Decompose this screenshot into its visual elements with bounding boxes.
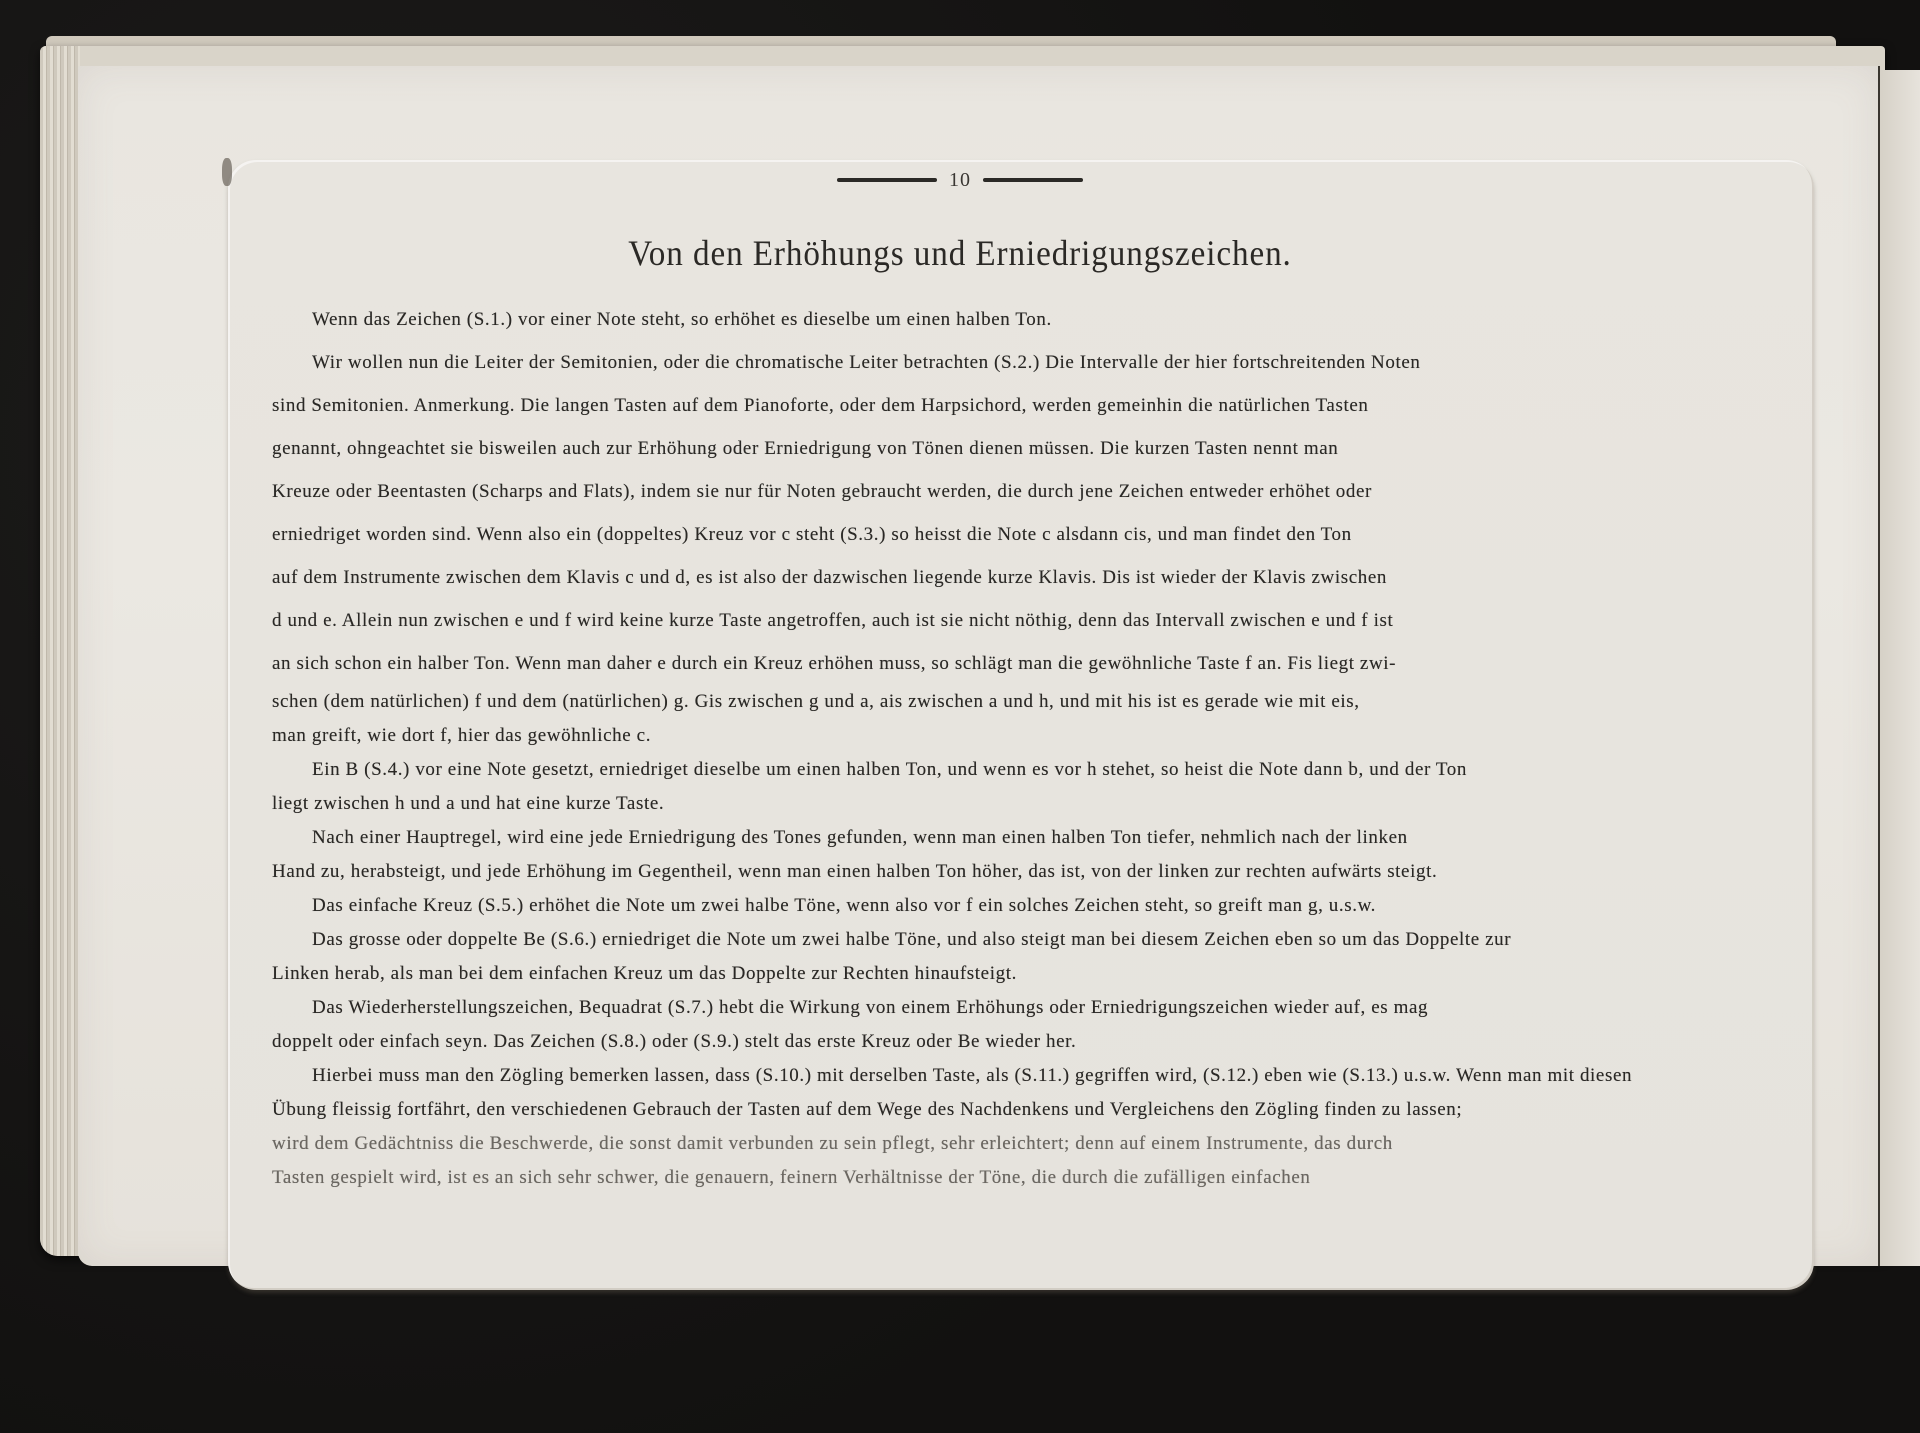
text-line: doppelt oder einfach seyn. Das Zeichen (… — [272, 1025, 1802, 1059]
text-line: Nach einer Hauptregel, wird eine jede Er… — [272, 821, 1802, 855]
text-line: liegt zwischen h und a und hat eine kurz… — [272, 787, 1802, 821]
page-header: 10 — [0, 160, 1920, 200]
text-line: an sich schon ein halber Ton. Wenn man d… — [272, 642, 1802, 685]
text-line: Wenn das Zeichen (S.1.) vor einer Note s… — [272, 298, 1802, 341]
text-line: Übung fleissig fortfährt, den verschiede… — [272, 1093, 1802, 1127]
page-number: 10 — [949, 169, 971, 192]
text-line: Linken herab, als man bei dem einfachen … — [272, 957, 1802, 991]
header-rule-right — [983, 178, 1083, 182]
text-line: genannt, ohngeachtet sie bisweilen auch … — [272, 427, 1802, 470]
section-title: Von den Erhöhungs und Erniedrigungszeich… — [77, 232, 1843, 274]
text-line: Tasten gespielt wird, ist es an sich seh… — [272, 1161, 1802, 1195]
header-rule-left — [837, 178, 937, 182]
text-line: wird dem Gedächtniss die Beschwerde, die… — [272, 1127, 1802, 1161]
body-text: Wenn das Zeichen (S.1.) vor einer Note s… — [272, 298, 1802, 1195]
text-line: auf dem Instrumente zwischen dem Klavis … — [272, 556, 1802, 599]
text-line: Wir wollen nun die Leiter der Semitonien… — [272, 341, 1802, 384]
text-line: Ein B (S.4.) vor eine Note gesetzt, erni… — [272, 753, 1802, 787]
text-line: d und e. Allein nun zwischen e und f wir… — [272, 599, 1802, 642]
text-line: Das einfache Kreuz (S.5.) erhöhet die No… — [272, 889, 1802, 923]
text-line: Hand zu, herabsteigt, und jede Erhöhung … — [272, 855, 1802, 889]
text-line: Das grosse oder doppelte Be (S.6.) ernie… — [272, 923, 1802, 957]
facing-page-edge — [1880, 70, 1920, 1266]
text-line: schen (dem natürlichen) f und dem (natür… — [272, 685, 1802, 719]
text-line: Kreuze oder Beentasten (Scharps and Flat… — [272, 470, 1802, 513]
text-line: Das Wiederherstellungszeichen, Bequadrat… — [272, 991, 1802, 1025]
text-line: sind Semitonien. Anmerkung. Die langen T… — [272, 384, 1802, 427]
text-line: Hierbei muss man den Zögling bemerken la… — [272, 1059, 1802, 1093]
text-line: erniedriget worden sind. Wenn also ein (… — [272, 513, 1802, 556]
text-line: man greift, wie dort f, hier das gewöhnl… — [272, 719, 1802, 753]
